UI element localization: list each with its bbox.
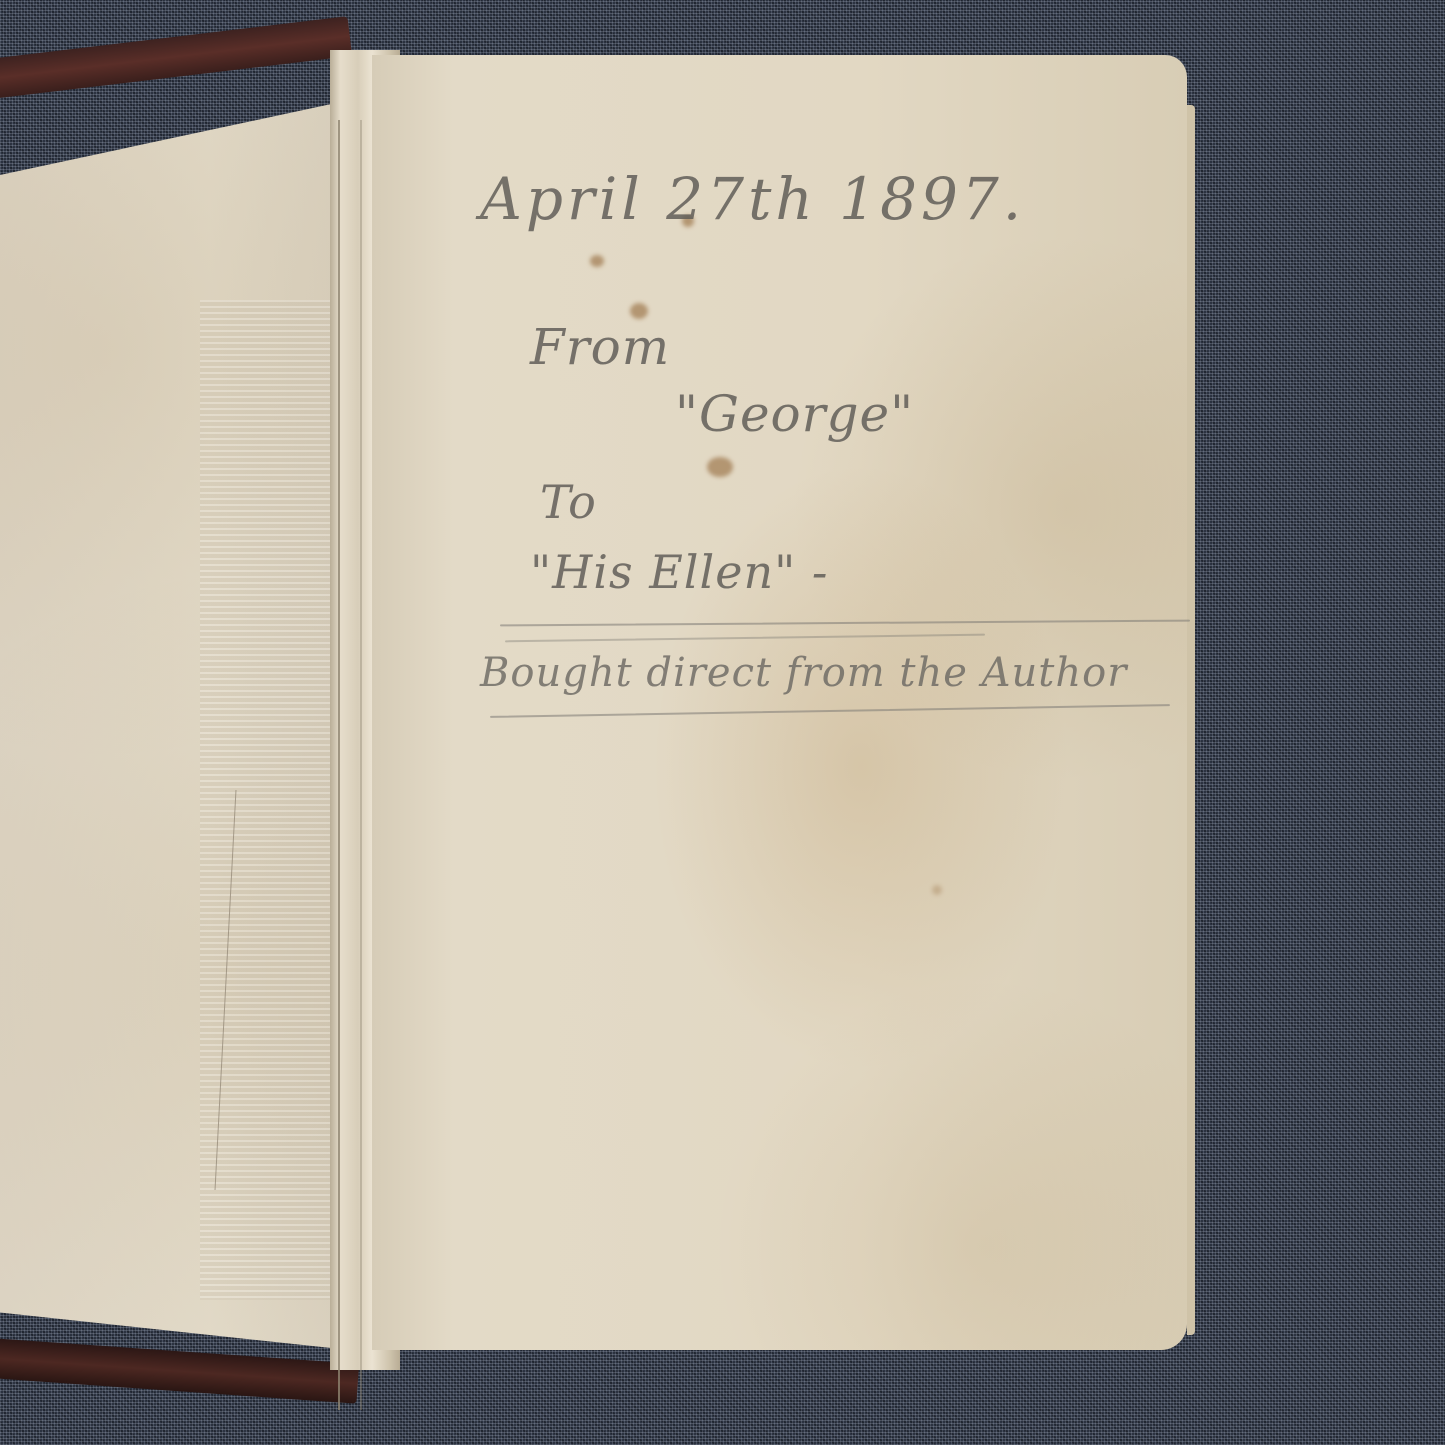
foxing-spot	[707, 457, 733, 477]
photo-scene: April 27th 1897. From "George" To "His E…	[0, 0, 1445, 1445]
flyleaf-page	[372, 55, 1187, 1350]
foxing-spot	[932, 885, 942, 895]
inscription-from-name: "George"	[675, 385, 914, 443]
page-edge	[1187, 105, 1195, 1335]
foxing-spot	[590, 255, 604, 267]
inscription-note: Bought direct from the Author	[480, 650, 1127, 696]
leather-cover-edge-top	[0, 16, 352, 100]
paper-crease-texture	[200, 300, 340, 1300]
leather-cover-edge-bottom	[0, 1338, 359, 1404]
gutter-fold-line	[338, 120, 340, 1410]
gutter-fold-line	[360, 120, 362, 1410]
inscription-to-label: To	[540, 475, 597, 529]
inscription-date: April 27th 1897.	[480, 165, 1025, 233]
inscription-to-name: "His Ellen" -	[530, 545, 828, 599]
foxing-spot	[630, 303, 648, 319]
inscription-from-label: From	[530, 318, 670, 376]
